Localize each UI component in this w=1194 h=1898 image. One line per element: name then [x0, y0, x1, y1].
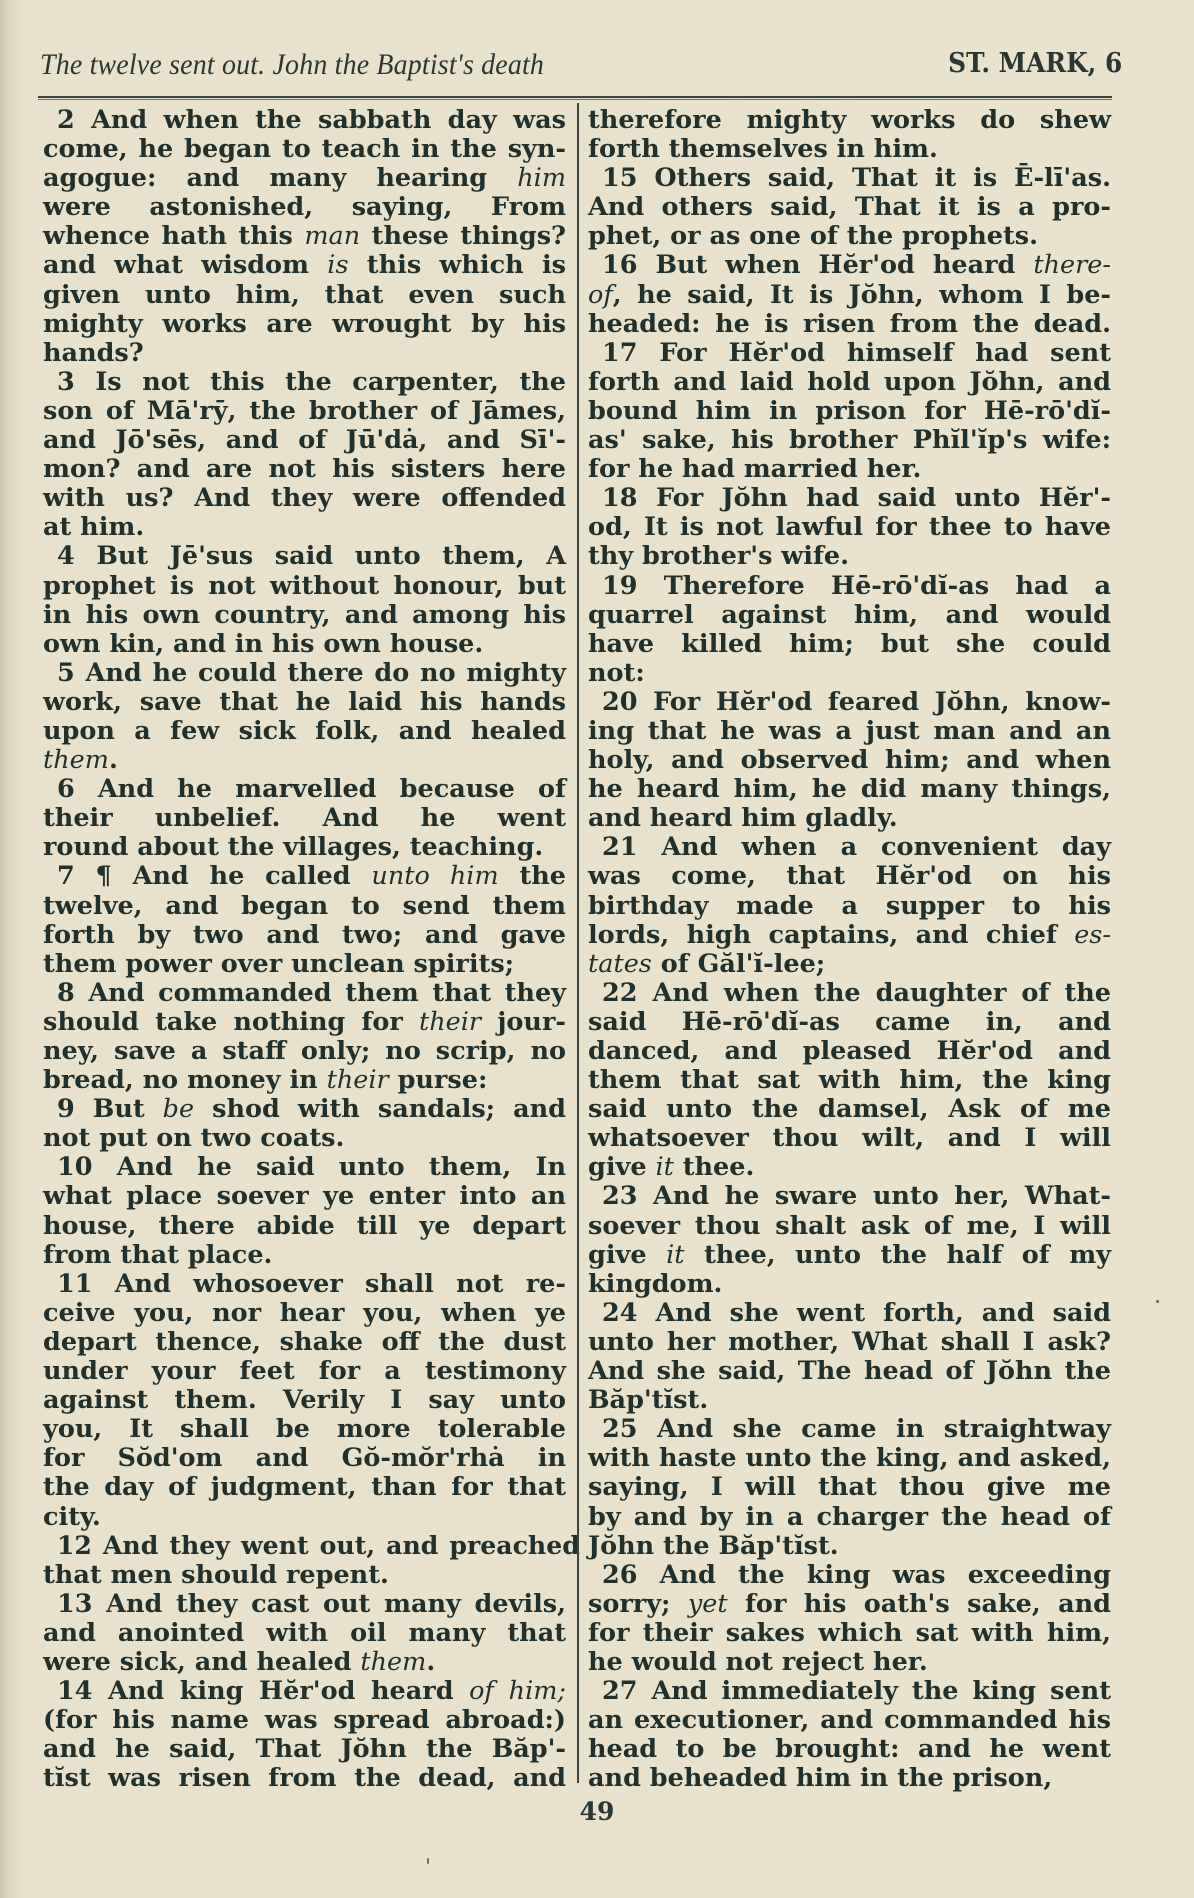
verse-line: you, It shall be more tolerable [43, 1415, 566, 1444]
verse-line: 17 For Hĕr'od himself had sent [588, 339, 1111, 368]
verse-line: whence hath this man these things? [43, 222, 566, 251]
verse-line: And others said, That it is a pro- [588, 193, 1111, 222]
verse-line: and heard him gladly. [588, 804, 1111, 833]
verse-line: 10 And he said unto them, In [43, 1153, 566, 1182]
verse-line: 2 And when the sabbath day was [43, 106, 566, 135]
verse-line: headed: he is risen from the dead. [588, 310, 1111, 339]
verse-line: 13 And they cast out many devils, [43, 1590, 566, 1619]
verse-line: should take nothing for their jour- [43, 1008, 566, 1037]
verse-line: as' sake, his brother Phĭl'ĭp's wife: [588, 426, 1111, 455]
verse-line: kingdom. [588, 1270, 1111, 1299]
verse-line: 25 And she came in straightway [588, 1415, 1111, 1444]
verse-line: 5 And he could there do no mighty [43, 659, 566, 688]
verse-line: mon? and are not his sisters here [43, 455, 566, 484]
right-column: therefore mighty works do shewforth them… [588, 106, 1111, 1793]
verse-line: twelve, and began to send them [43, 892, 566, 921]
page-number: 49 [0, 1797, 1194, 1826]
verse-line: 20 For Hĕr'od feared Jŏhn, know- [588, 688, 1111, 717]
column-divider [577, 103, 579, 1783]
verse-line: ceive you, nor hear you, when ye [43, 1299, 566, 1328]
verse-line: round about the villages, teaching. [43, 833, 566, 862]
verse-line: and he said, That Jŏhn the Băp'- [43, 1735, 566, 1764]
verse-line: bread, no money in their purse: [43, 1066, 566, 1095]
verse-line: them. [43, 746, 566, 775]
verse-line: and beheaded him in the prison, [588, 1764, 1111, 1793]
running-title: The twelve sent out. John the Baptist's … [40, 48, 544, 82]
verse-line: lords, high captains, and chief es- [588, 921, 1111, 950]
verse-line: their unbelief. And he went [43, 804, 566, 833]
verse-line: 19 Therefore Hē-rō'dĭ-as had a [588, 572, 1111, 601]
verse-line: from that place. [43, 1241, 566, 1270]
verse-line: not: [588, 659, 1111, 688]
verse-line: ing that he was a just man and an [588, 717, 1111, 746]
verse-line: 11 And whosoever shall not re- [43, 1270, 566, 1299]
verse-line: 7 ¶ And he called unto him the [43, 862, 566, 891]
verse-line: give it thee. [588, 1153, 1111, 1182]
verse-line: od, It is not lawful for thee to have [588, 513, 1111, 542]
paper-speck [1156, 1300, 1159, 1303]
verse-line: 26 And the king was exceeding [588, 1561, 1111, 1590]
verse-line: 14 And king Hĕr'od heard of him; [43, 1677, 566, 1706]
verse-line: hands? [43, 339, 566, 368]
verse-line: for their sakes which sat with him, [588, 1619, 1111, 1648]
verse-line: danced, and pleased Hĕr'od and [588, 1037, 1111, 1066]
verse-line: said Hē-rō'dĭ-as came in, and [588, 1008, 1111, 1037]
verse-line: phet, or as one of the prophets. [588, 222, 1111, 251]
verse-line: own kin, and in his own house. [43, 630, 566, 659]
verse-line: 16 But when Hĕr'od heard there- [588, 251, 1111, 280]
verse-line: of, he said, It is Jŏhn, whom I be- [588, 281, 1111, 310]
verse-line: forth themselves in him. [588, 135, 1111, 164]
verse-line: 4 But Jē'sus said unto them, A [43, 542, 566, 571]
verse-line: head to be brought: and he went [588, 1735, 1111, 1764]
verse-line: saying, I will that thou give me [588, 1473, 1111, 1502]
verse-line: 23 And he sware unto her, What- [588, 1182, 1111, 1211]
verse-line: not put on two coats. [43, 1124, 566, 1153]
verse-line: bound him in prison for Hē-rō'dĭ- [588, 397, 1111, 426]
verse-line: tates of Găl'ĭ-lee; [588, 950, 1111, 979]
left-column: 2 And when the sabbath day wascome, he b… [43, 106, 566, 1793]
verse-line: under your feet for a testimony [43, 1357, 566, 1386]
verse-line: them that sat with him, the king [588, 1066, 1111, 1095]
verse-line: (for his name was spread abroad:) [43, 1706, 566, 1735]
verse-line: forth by two and two; and gave [43, 921, 566, 950]
verse-line: birthday made a supper to his [588, 892, 1111, 921]
verse-line: the day of judgment, than for that [43, 1473, 566, 1502]
verse-line: have killed him; but she could [588, 630, 1111, 659]
verse-line: 27 And immediately the king sent [588, 1677, 1111, 1706]
verse-line: mighty works are wrought by his [43, 310, 566, 339]
verse-line: with haste unto the king, and asked, [588, 1444, 1111, 1473]
verse-line: what place soever ye enter into an [43, 1182, 566, 1211]
verse-line: 24 And she went forth, and said [588, 1299, 1111, 1328]
verse-line: And she said, The head of Jŏhn the [588, 1357, 1111, 1386]
verse-line: 3 Is not this the carpenter, the [43, 368, 566, 397]
page-header: The twelve sent out. John the Baptist's … [40, 44, 1122, 88]
verse-line: therefore mighty works do shew [588, 106, 1111, 135]
verse-line: with us? And they were offended [43, 484, 566, 513]
verse-line: thy brother's wife. [588, 542, 1111, 571]
verse-line: were sick, and healed them. [43, 1648, 566, 1677]
verse-line: upon a few sick folk, and healed [43, 717, 566, 746]
verse-line: prophet is not without honour, but [43, 572, 566, 601]
verse-line: 9 But be shod with sandals; and [43, 1095, 566, 1124]
verse-line: in his own country, and among his [43, 601, 566, 630]
verse-line: depart thence, shake off the dust [43, 1328, 566, 1357]
verse-line: at him. [43, 513, 566, 542]
verse-line: 6 And he marvelled because of [43, 775, 566, 804]
verse-line: was come, that Hĕr'od on his [588, 862, 1111, 891]
verse-line: against them. Verily I say unto [43, 1386, 566, 1415]
verse-line: and what wisdom is this which is [43, 251, 566, 280]
verse-line: by and by in a charger the head of [588, 1503, 1111, 1532]
header-rule [38, 96, 1112, 100]
verse-line: forth and laid hold upon Jŏhn, and [588, 368, 1111, 397]
verse-line: work, save that he laid his hands [43, 688, 566, 717]
verse-line: were astonished, saying, From [43, 193, 566, 222]
verse-line: tĭst was risen from the dead, and [43, 1764, 566, 1793]
verse-line: and Jō'sēs, and of Jū'dȧ, and Sī'- [43, 426, 566, 455]
verse-line: quarrel against him, and would [588, 601, 1111, 630]
verse-line: 21 And when a convenient day [588, 833, 1111, 862]
verse-line: son of Mā'rȳ, the brother of Jāmes, [43, 397, 566, 426]
verse-line: Băp'tĭst. [588, 1386, 1111, 1415]
verse-line: Jŏhn the Băp'tĭst. [588, 1532, 1111, 1561]
verse-line: an executioner, and commanded his [588, 1706, 1111, 1735]
verse-line: 18 For Jŏhn had said unto Hĕr'- [588, 484, 1111, 513]
verse-line: that men should repent. [43, 1561, 566, 1590]
verse-line: holy, and observed him; and when [588, 746, 1111, 775]
verse-line: unto her mother, What shall I ask? [588, 1328, 1111, 1357]
verse-line: ney, save a staff only; no scrip, no [43, 1037, 566, 1066]
verse-line: and anointed with oil many that [43, 1619, 566, 1648]
book-chapter-reference: ST. MARK, 6 [948, 48, 1122, 79]
verse-line: for he had married her. [588, 455, 1111, 484]
verse-line: house, there abide till ye depart [43, 1212, 566, 1241]
verse-line: them power over unclean spirits; [43, 950, 566, 979]
verse-line: 12 And they went out, and preached [43, 1532, 580, 1561]
verse-line: he heard him, he did many things, [588, 775, 1111, 804]
verse-line: whatsoever thou wilt, and I will [588, 1124, 1111, 1153]
verse-line: sorry; yet for his oath's sake, and [588, 1590, 1111, 1619]
paper-speck [427, 1858, 429, 1864]
verse-line: give it thee, unto the half of my [588, 1241, 1111, 1270]
verse-line: for Sŏd'om and Gŏ-mŏr'rhȧ in [43, 1444, 566, 1473]
verse-line: 8 And commanded them that they [43, 979, 566, 1008]
verse-line: soever thou shalt ask of me, I will [588, 1212, 1111, 1241]
verse-line: 15 Others said, That it is Ē-lī'as. [588, 164, 1111, 193]
verse-line: city. [43, 1503, 566, 1532]
verse-line: come, he began to teach in the syn- [43, 135, 566, 164]
verse-line: he would not reject her. [588, 1648, 1111, 1677]
verse-line: agogue: and many hearing him [43, 164, 566, 193]
book-page: The twelve sent out. John the Baptist's … [0, 0, 1194, 1898]
verse-line: given unto him, that even such [43, 281, 566, 310]
verse-line: said unto the damsel, Ask of me [588, 1095, 1111, 1124]
verse-line: 22 And when the daughter of the [588, 979, 1111, 1008]
